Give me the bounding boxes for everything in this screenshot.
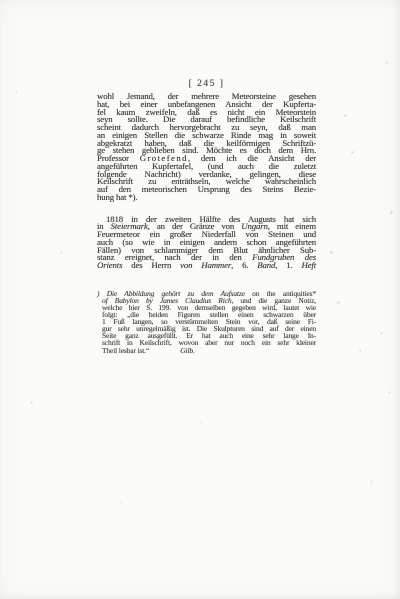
scanned-book-page: { "page": { "number_display": "[ 245 ]",… xyxy=(0,0,400,599)
text-line: Orients des Herrn von Hammer, 6. Band, 1… xyxy=(97,262,316,270)
text-line: hung hat *). xyxy=(97,194,316,202)
paragraph-steiermark-fall: 1818 in der zweiten Hälfte des Augusts h… xyxy=(97,216,316,270)
paragraph-meteor-stone: wohl Jemand, der mehrere Meteorsteine ge… xyxy=(97,93,316,202)
page-number: [ 245 ] xyxy=(97,79,316,89)
scan-speckles xyxy=(0,0,1,1)
text-line: Theil lesbar ist.“ Gilb. xyxy=(102,347,316,354)
text-column: [ 245 ] wohl Jemand, der mehrere Meteors… xyxy=(97,79,316,354)
footnote-babylon-reference: ) Die Abbildung gehört zu dem Aufsatze o… xyxy=(97,290,316,354)
